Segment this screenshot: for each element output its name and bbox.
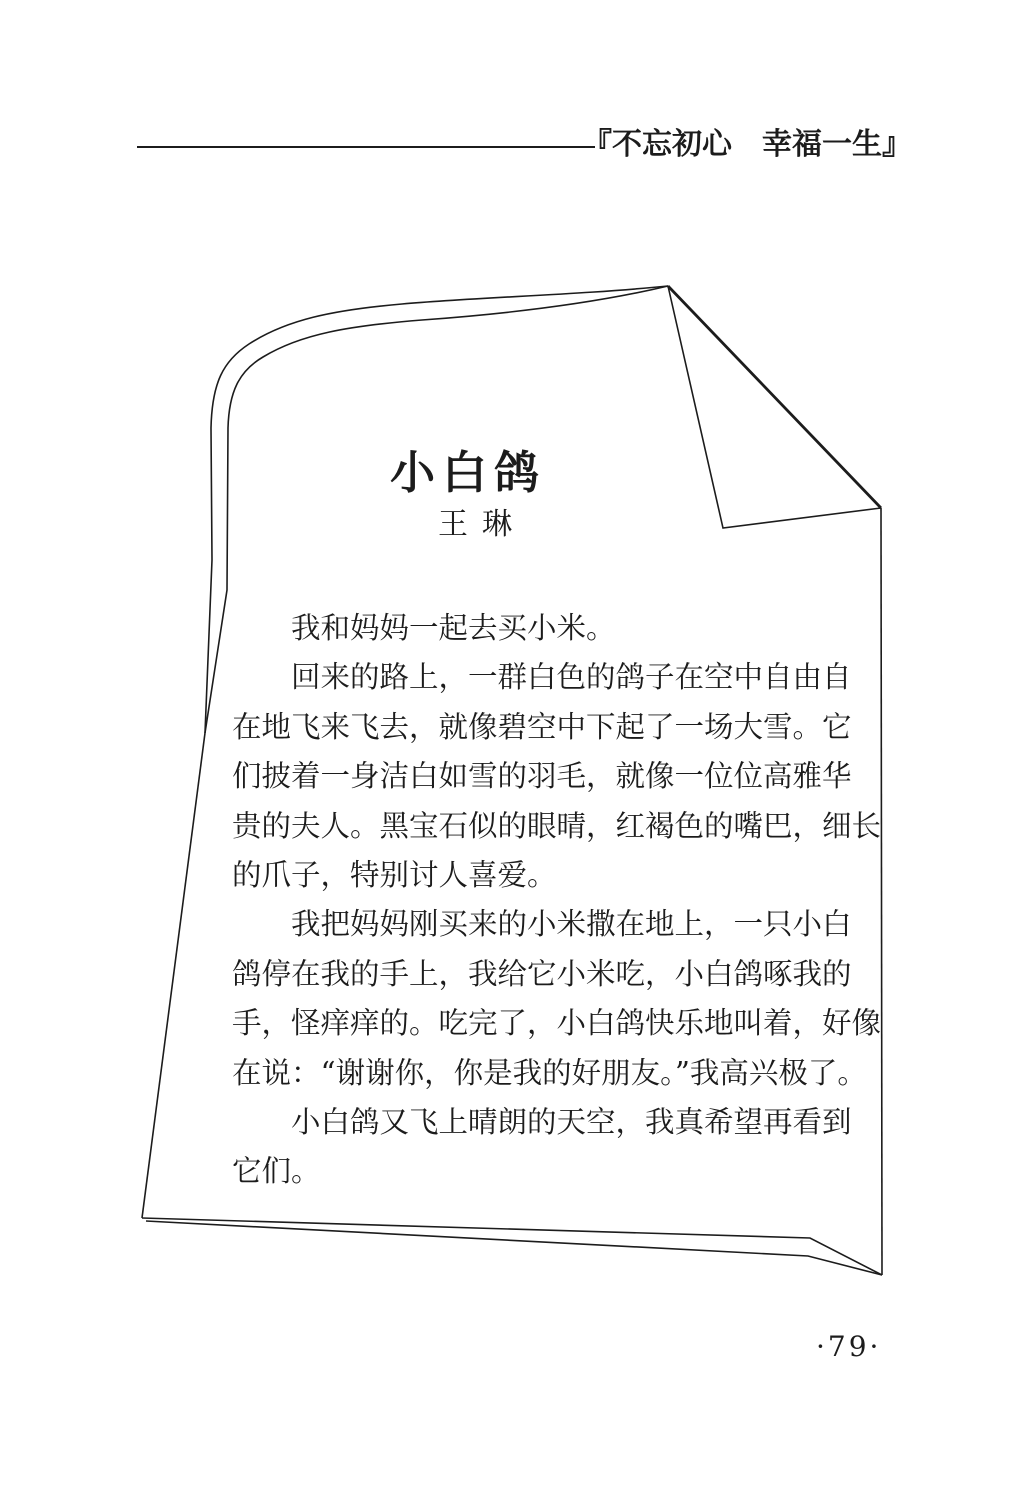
body-line: 们披着一身洁白如雪的羽毛，就像一位位高雅华 (232, 752, 892, 801)
body-line: 在地飞来飞去，就像碧空中下起了一场大雪。它 (232, 703, 892, 752)
paper-left-edge (142, 733, 205, 1218)
body-line: 我把妈妈刚买来的小米撒在地上，一只小白 (232, 900, 892, 949)
body-line: 回来的路上，一群白色的鸽子在空中自由自 (232, 653, 892, 702)
fold-crease (668, 286, 881, 508)
body-line: 鸽停在我的手上，我给它小米吃，小白鸽啄我的 (232, 950, 892, 999)
body-line: 它们。 (232, 1147, 892, 1196)
fold-flap (668, 286, 881, 528)
body-line: 我和妈妈一起去买小米。 (232, 604, 892, 653)
book-page: 『不忘初心 幸福一生』 小白鸽 王琳 我和妈妈一起去买小米。 回来的路上，一群白… (0, 0, 1024, 1497)
body-line: 在说：“谢谢你，你是我的好朋友。”我高兴极了。 (232, 1049, 892, 1098)
body-line: 的爪子，特别讨人喜爱。 (232, 851, 892, 900)
body-line: 手，怪痒痒的。吃完了，小白鸽快乐地叫着，好像 (232, 999, 892, 1048)
article-body: 我和妈妈一起去买小米。 回来的路上，一群白色的鸽子在空中自由自 在地飞来飞去，就… (232, 604, 892, 1197)
body-line: 贵的夫人。黑宝石似的眼晴，红褐色的嘴巴，细长 (232, 802, 892, 851)
article-title: 小白鸽 (390, 436, 546, 501)
page-number: ·79· (816, 1330, 881, 1363)
article-author: 王琳 (438, 499, 526, 543)
body-line: 小白鸽又飞上晴朗的天空，我真希望再看到 (232, 1098, 892, 1147)
